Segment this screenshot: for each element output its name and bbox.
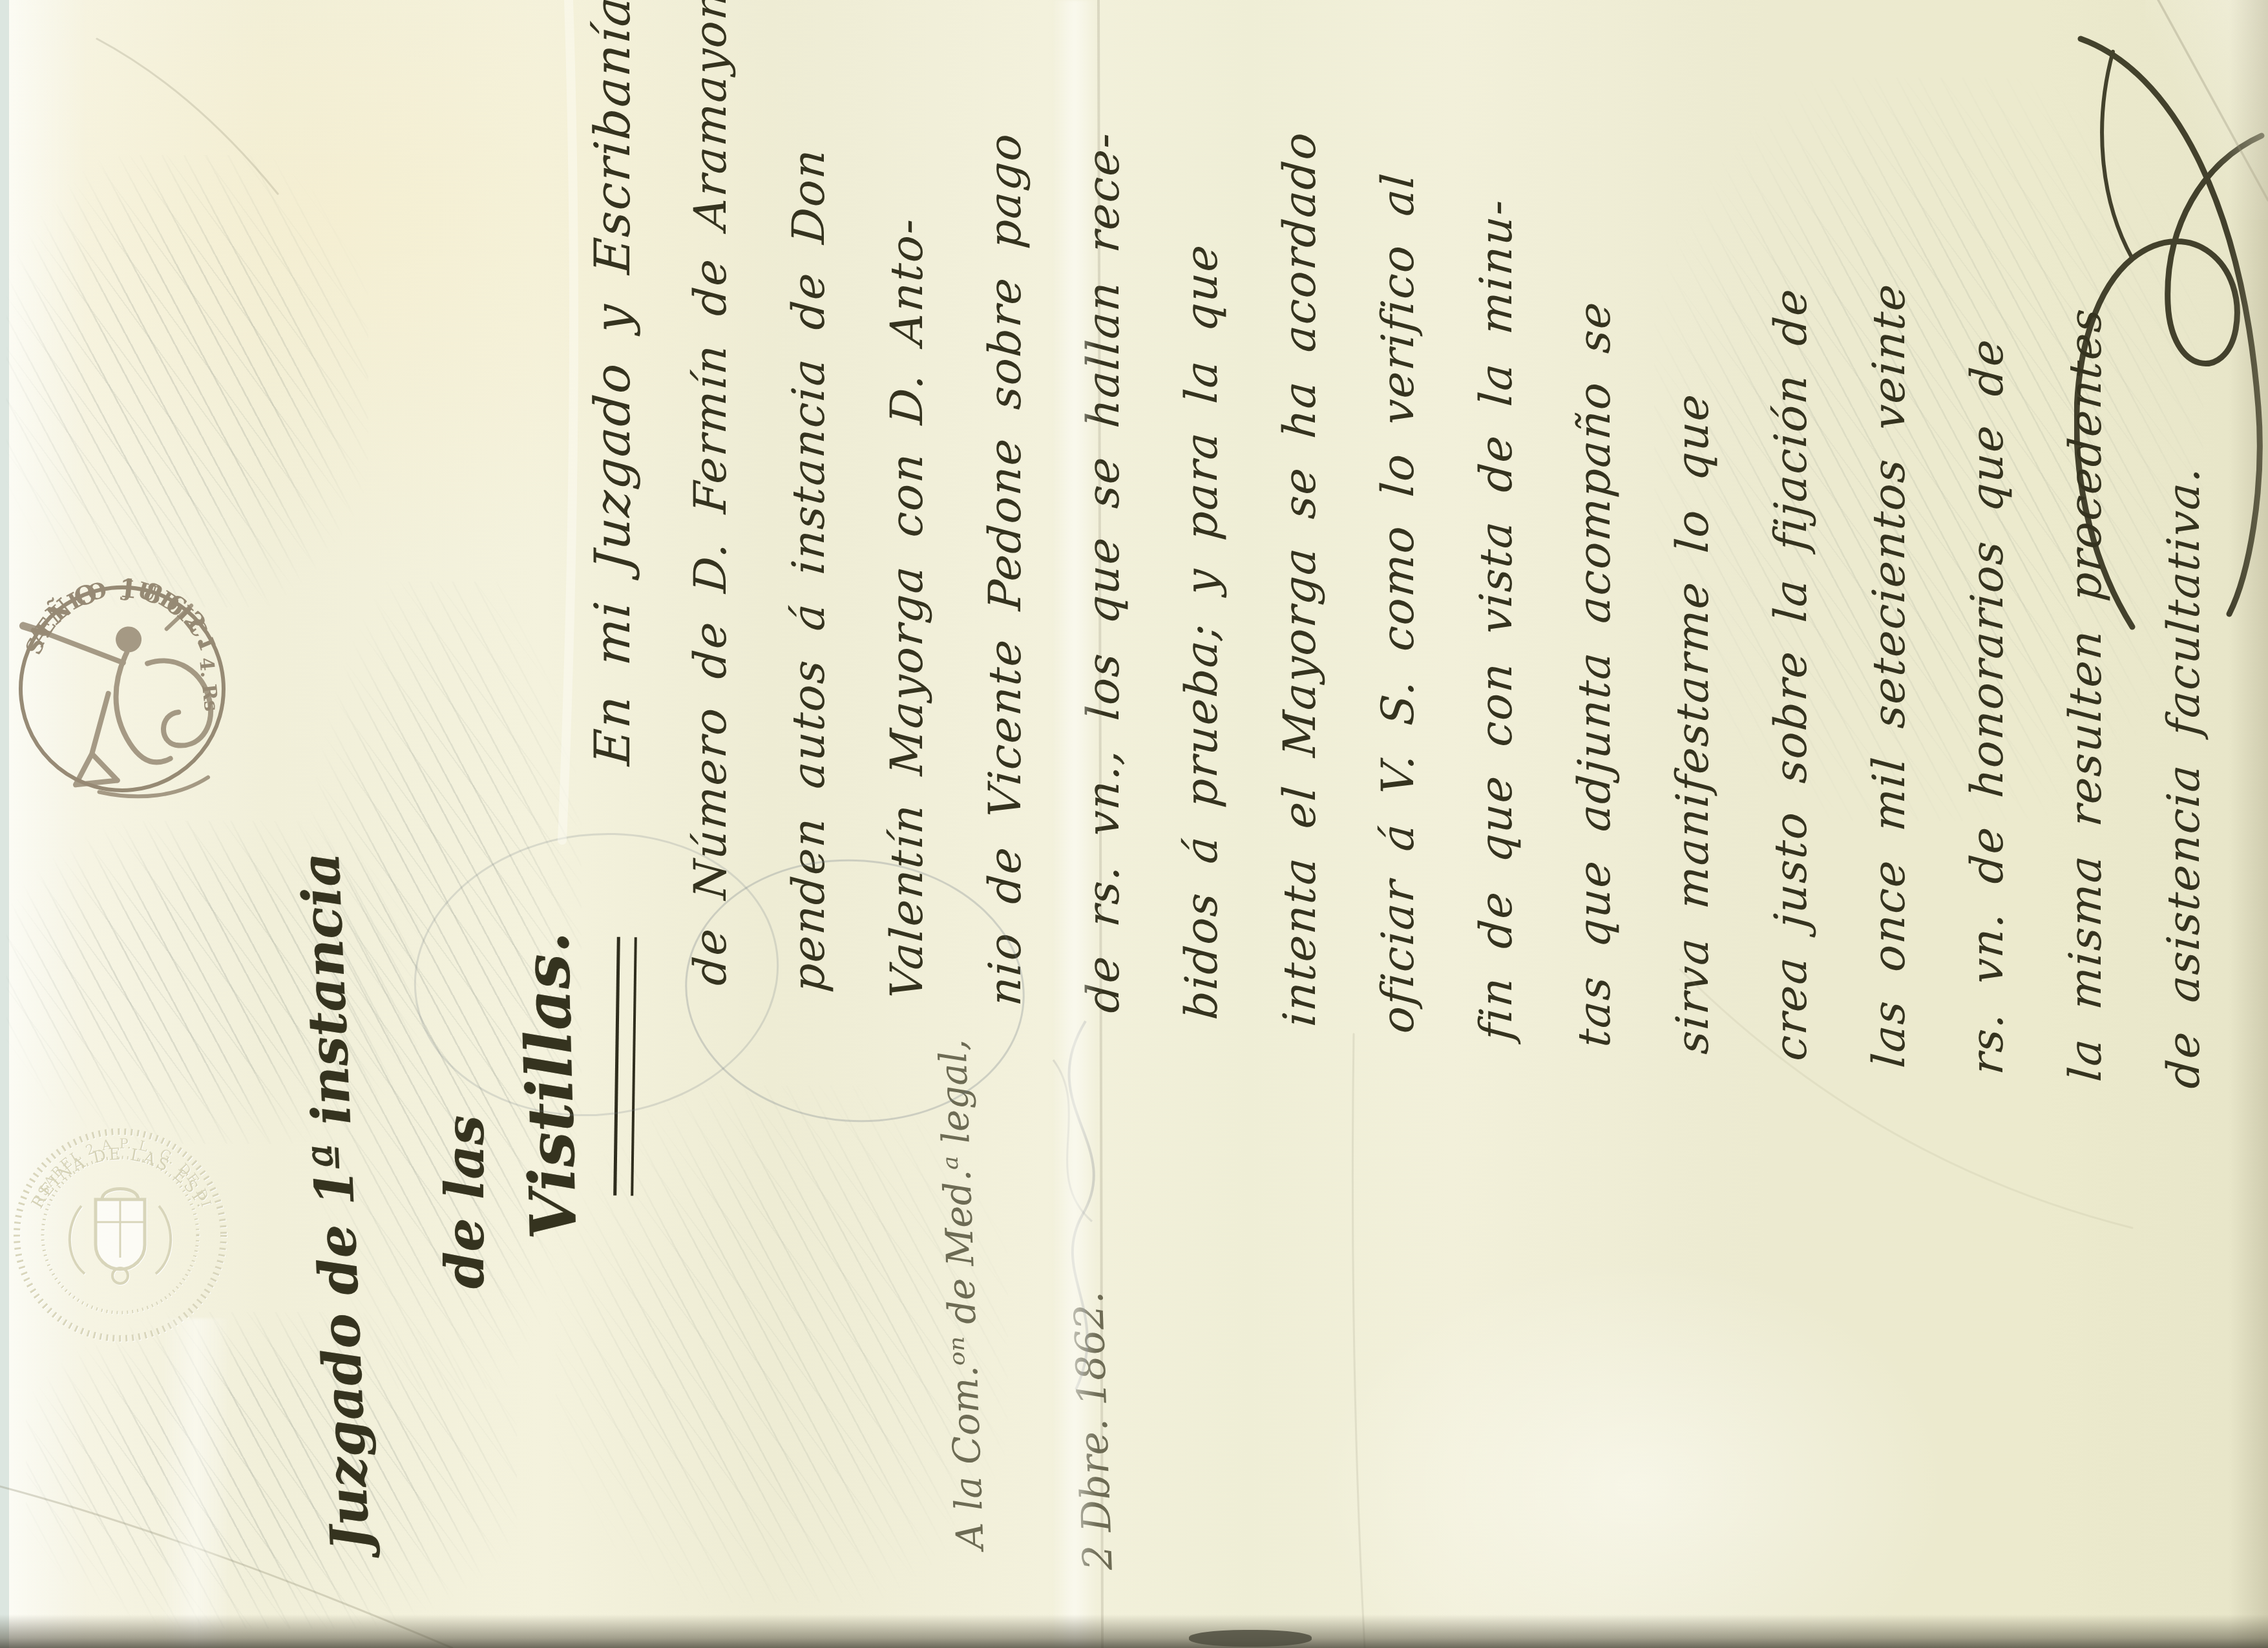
page-bottom-edge-shadow (0, 1614, 2268, 1648)
torn-edge-notch (1189, 1630, 1312, 1647)
fold-highlight (160, 1318, 231, 1648)
document-scan: Juzgado de 1ª instancia de las Vistillas… (0, 0, 2268, 1648)
paper-creases (0, 0, 2268, 1648)
page-right-edge-shadow (2229, 0, 2268, 1648)
center-fold-highlight (1052, 0, 1097, 1648)
